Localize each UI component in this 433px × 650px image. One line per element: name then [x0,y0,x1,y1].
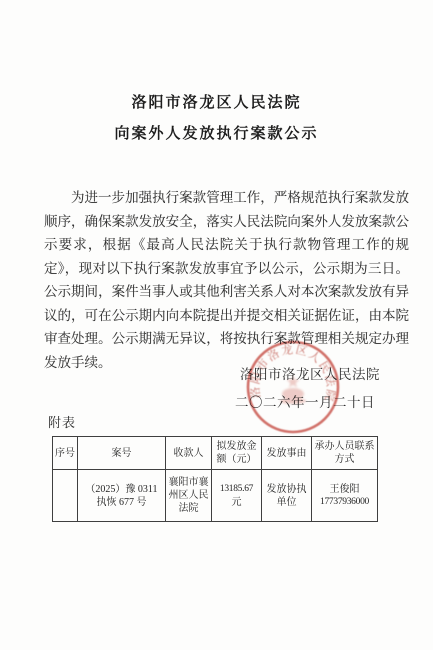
cell-contact: 王俊阳 17737936000 [312,470,378,522]
case-no-line1: （2025）豫 0311 [79,483,164,496]
contact-phone: 17737936000 [313,496,376,509]
amount-value: 13185.67 [213,483,260,496]
page-title: 洛阳市洛龙区人民法院 向案外人发放执行案款公示 [0,0,433,150]
contact-name: 王俊阳 [313,483,376,496]
col-header-reason: 发放事由 [262,437,312,470]
col-header-contact: 承办人员联系方式 [312,437,378,470]
table-header-row: 序号 案号 收款人 拟发放金额（元） 发放事由 承办人员联系方式 [53,437,378,470]
cell-payee: 襄阳市襄州区人民法院 [166,470,212,522]
attachment-label: 附表 [48,412,76,431]
page-title-line2: 向案外人发放执行案款公示 [0,119,433,150]
amount-unit: 元 [213,496,260,509]
cell-case-no: （2025）豫 0311 执恢 677 号 [78,470,166,522]
document-page: 洛阳市洛龙区人民法院 向案外人发放执行案款公示 为进一步加强执行案款管理工作，严… [0,0,433,650]
col-header-amount: 拟发放金额（元） [212,437,262,470]
table-row: （2025）豫 0311 执恢 677 号 襄阳市襄州区人民法院 13185.6… [53,470,378,522]
page-title-line1: 洛阳市洛龙区人民法院 [0,88,433,119]
cell-amount: 13185.67 元 [212,470,262,522]
signature-date: 二〇二六年一月二十日 [235,391,375,411]
body-paragraph: 为进一步加强执行案款管理工作，严格规范执行案款发放顺序，确保案款发放安全，落实人… [44,186,409,374]
col-header-case-no: 案号 [78,437,166,470]
payout-table: 序号 案号 收款人 拟发放金额（元） 发放事由 承办人员联系方式 （2025）豫… [52,436,378,522]
col-header-seq: 序号 [53,437,78,470]
signature-court-name: 洛阳市洛龙区人民法院 [240,363,380,383]
case-no-line2: 执恢 677 号 [79,496,164,509]
col-header-payee: 收款人 [166,437,212,470]
cell-reason: 发放协执单位 [262,470,312,522]
cell-seq [53,470,78,522]
